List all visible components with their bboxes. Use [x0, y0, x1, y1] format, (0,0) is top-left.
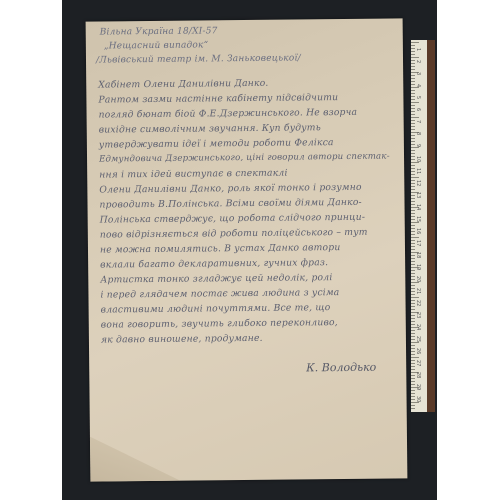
body-line: Артистка тонко згладжує цей недолік, рол… [100, 272, 332, 285]
body-line: Рантом зазми настінне кабінету підсвідчи… [98, 92, 338, 106]
ruler-label: 5 [415, 96, 421, 99]
body-line: Олени Данилівни Данко, роль якої тонко і… [99, 182, 361, 196]
ruler-tick [411, 261, 415, 262]
ruler-tick [411, 102, 419, 103]
body-line: Полінська стверджує, що робота слідчого … [100, 212, 366, 226]
ruler-tick [411, 153, 415, 154]
body-line: і перед глядачем постає жива людина з ус… [100, 287, 339, 301]
body-line: ння і тих ідей виступає в спектаклі [99, 168, 287, 181]
ruler-label: 22 [415, 300, 421, 306]
ruler-tick [411, 93, 415, 94]
ruler-tick [411, 129, 415, 130]
body-line: вихідне символічним звучання. Куп будуть [99, 122, 321, 135]
folded-corner [90, 436, 180, 482]
ruler-label: 16 [415, 228, 421, 234]
ruler-tick [411, 42, 419, 43]
ruler-tick [411, 126, 415, 127]
ruler-tick [411, 117, 419, 118]
ruler-tick [411, 309, 415, 310]
ruler-label: 30 [415, 396, 421, 402]
ruler-tick [411, 285, 415, 286]
ruler-tick [411, 66, 415, 67]
ruler-tick [411, 114, 415, 115]
ruler-label: 13 [415, 192, 421, 198]
ruler-tick [411, 213, 415, 214]
ruler-tick [411, 357, 419, 358]
ruler-tick [411, 408, 415, 409]
ruler-tick [411, 369, 415, 370]
ruler-tick [411, 225, 415, 226]
ruler-tick [411, 90, 415, 91]
body-line: як давно виношене, продумане. [101, 333, 263, 346]
ruler-tick [411, 381, 415, 382]
ruler-label: 21 [415, 288, 421, 294]
ruler-tick [411, 54, 415, 55]
ruler-label: 20 [415, 276, 421, 282]
ruler-label: 23 [415, 312, 421, 318]
ruler-label: 19 [415, 264, 421, 270]
ruler-label: 1 [415, 48, 421, 51]
ruler-label: 10 [415, 156, 421, 162]
body-line: Едмундовича Дзержинського, ціні говорил … [99, 151, 390, 164]
body-line: не можна помилятись. В устах Данко автор… [100, 242, 341, 256]
body-line: проводить В.Полінська. Всіми своїми діям… [99, 197, 361, 211]
ruler-label: 14 [415, 204, 421, 210]
ruler-tick [411, 321, 415, 322]
body-line: погляд бюнат біой Ф.Е.Дзержинського. Не … [99, 107, 358, 121]
ruler-label: 8 [415, 132, 421, 135]
ruler-label: 6 [415, 108, 421, 111]
ruler-label: 29 [415, 384, 421, 390]
ruler-tick [411, 138, 415, 139]
ruler-tick [411, 141, 415, 142]
ruler-tick [411, 273, 415, 274]
header-line: /Львівський театр ім. М. Заньковецької/ [96, 53, 301, 65]
ruler-tick [411, 189, 415, 190]
ruler-tick [411, 150, 415, 151]
ruler-tick [411, 69, 415, 70]
header-line: Вільна Україна 18/XI-57 [100, 26, 218, 37]
ruler-tick [411, 57, 419, 58]
body-line: вклали багато декларативних, гучних фраз… [100, 257, 328, 270]
header-line: „Нещасний випадок“ [104, 40, 209, 51]
ruler-tick [411, 165, 415, 166]
ruler-label: 9 [415, 144, 421, 147]
ruler-tick [411, 81, 415, 82]
letter-paper: Вільна Україна 18/XI-57 „Нещасний випадо… [86, 18, 408, 481]
ruler-label: 24 [415, 324, 421, 330]
ruler-tick [411, 297, 419, 298]
ruler-tick [411, 45, 415, 46]
ruler-label: 12 [415, 180, 421, 186]
ruler-tick [411, 393, 415, 394]
ruler-tick [411, 345, 415, 346]
ruler-label: 18 [415, 252, 421, 258]
ruler-tick [411, 105, 415, 106]
ruler-label: 4 [415, 84, 421, 87]
ruler-tick [411, 78, 415, 79]
ruler-tick [411, 177, 419, 178]
ruler-label: 2 [415, 60, 421, 63]
ruler-label: 28 [415, 372, 421, 378]
ruler-tick [411, 201, 415, 202]
ruler-label: 7 [415, 120, 421, 123]
ruler-tick [411, 237, 419, 238]
ruler-tick [411, 405, 415, 406]
measuring-ruler: 1234567891011121314151617181920212223242… [411, 40, 435, 412]
ruler-label: 17 [415, 240, 421, 246]
signature: К. Володько [306, 361, 376, 375]
ruler-label: 27 [415, 360, 421, 366]
ruler-label: 3 [415, 72, 421, 75]
ruler-tick [411, 333, 415, 334]
body-line: вона говорить, звучить глибоко переконли… [101, 317, 338, 330]
ruler-label: 15 [415, 216, 421, 222]
ruler-tick [411, 249, 415, 250]
body-line: Хабінет Олени Данилівни Данко. [98, 78, 268, 91]
body-line: утверджувати ідеї і методи роботи Фелікс… [99, 137, 334, 150]
ruler-label: 25 [415, 336, 421, 342]
body-line: властивими людині почуттями. Все те, що [101, 302, 331, 315]
ruler-label: 11 [415, 168, 421, 174]
body-line: пово відрізняється від роботи поліцейськ… [100, 227, 368, 241]
ruler-label: 26 [415, 348, 421, 354]
